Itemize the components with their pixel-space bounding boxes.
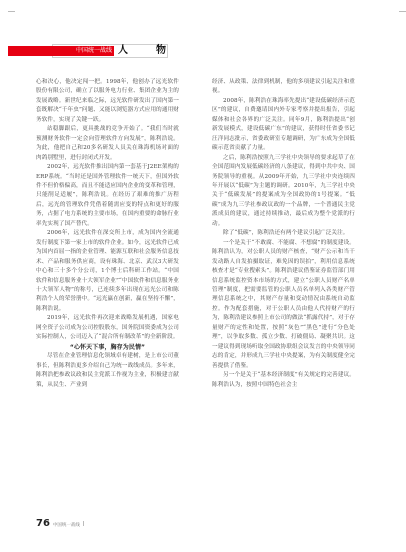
paragraph: 2008年，陈利浩在珠海率先提出“建设低碳经济示范区”的建议，自费邀请国内外专家…	[212, 97, 355, 154]
section-label: 中国统一战线	[52, 46, 114, 56]
section-title-left: 人	[118, 44, 128, 58]
left-column: 心和决心，他决定闯一把。1998年，他创办了远光软件股份有限公司，确立了以服务电…	[36, 78, 179, 390]
page-number: 76	[36, 518, 50, 529]
section-header: 中国统一战线 人 物	[8, 44, 160, 60]
crop-mark-right	[399, 11, 406, 12]
section-title-right: 物	[156, 44, 166, 58]
paragraph: 站稳脚跟后，更具挑战的竞争开始了。“我们当时就预测财务软件一定会向管理软件方向发…	[36, 125, 179, 163]
publication-name: 中国统一战线	[53, 522, 80, 528]
right-column: 经济、从政策、法律到机制，他的多项建议引起关注和重视。 2008年，陈利浩在珠海…	[212, 78, 355, 390]
section-title: 人 物	[118, 44, 166, 58]
paragraph: 尽管在企业管理信息化领域卓有建树，是上市公司董事长，但陈利浩更多介绍自己为统一战…	[36, 352, 179, 390]
paragraph: 2002年，远光软件推出国内第一套基于J2EE架构的ERP系统。“当时还是国外管…	[36, 163, 179, 229]
paragraph: 经济、从政策、法律到机制，他的多项建议引起关注和重视。	[212, 78, 355, 97]
crop-mark-left	[8, 11, 15, 12]
paragraph: 2019年，远光软件再次迎来战略发展机遇，国家电网全资子公司成为公司控股股东，国…	[36, 314, 179, 342]
page-footer: 76 中国统一战线	[36, 518, 84, 529]
paragraph: 一个是关于“不敢腐、不能腐、不想腐”的制度建设。陈利浩认为，对公职人员的财产核查…	[212, 239, 355, 371]
subheading: “心怀天下事，胸存为民情”	[36, 343, 179, 352]
paragraph: 2006年，远光软件在深交所上市，成为国内全流通发行制度下第一家上市的软件企业。…	[36, 229, 179, 314]
footer-divider	[83, 521, 84, 526]
paragraph: 之后，陈利浩按照九三学社中央领导的要求起草了在全国范围内发展低碳经济的八条建议，…	[212, 154, 355, 230]
paragraph: 除了“低碳”，陈利浩还有两个建议引起广泛关注。	[212, 229, 355, 238]
paragraph: 心和决心，他决定闯一把。1998年，他创办了远光软件股份有限公司，确立了以服务电…	[36, 78, 179, 125]
paragraph: 另一个是关于“基本经济制度”有关规定的完善建议。陈利浩认为，按照中国特色社会主	[212, 371, 355, 390]
